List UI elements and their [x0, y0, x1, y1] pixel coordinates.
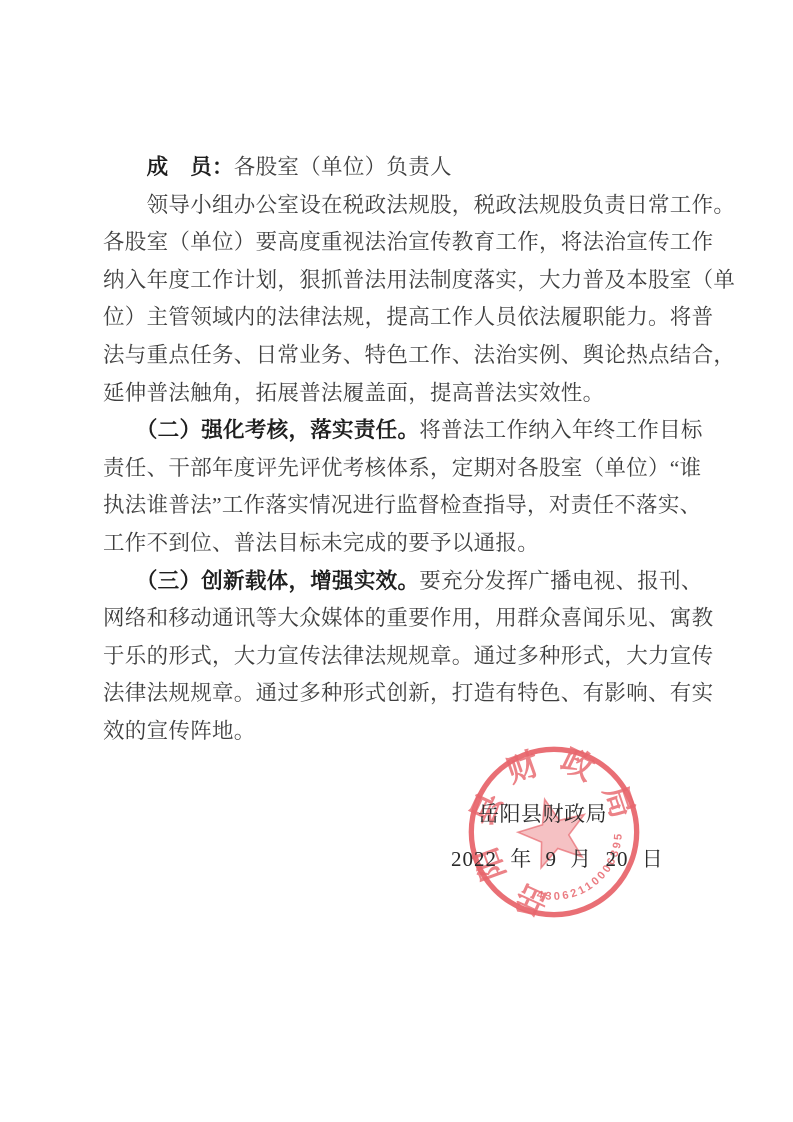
seal-serial-number: 43062110006395 — [531, 822, 642, 923]
document-line: 责任、干部年度评先评优考核体系，定期对各股室（单位）“谁 — [103, 450, 719, 488]
line-text: 位）主管领域内的法律法规，提高工作人员依法履职能力。将普 — [103, 305, 713, 329]
line-text: 法律法规规章。通过多种形式创新，打造有特色、有影响、有实 — [103, 681, 713, 705]
line-bold-text: 成 员： — [103, 155, 234, 179]
signature-org-name: 岳阳县财政局 — [478, 798, 607, 828]
document-line: 于乐的形式，大力宣传法律法规规章。通过多种形式，大力宣传 — [103, 638, 719, 676]
document-line: 效的宣传阵地。 — [103, 713, 719, 751]
line-bold-text: （三）创新载体，增强实效。 — [103, 569, 419, 593]
document-line: 法律法规规章。通过多种形式创新，打造有特色、有影响、有实 — [103, 675, 719, 713]
document-line: （三）创新载体，增强实效。要充分发挥广播电视、报刊、 — [103, 563, 719, 601]
line-text: 领导小组办公室设在税政法规股，税政法规股负责日常工作。 — [103, 193, 735, 217]
star-icon — [512, 790, 595, 871]
document-line: 成 员：各股室（单位）负责人 — [103, 149, 719, 187]
line-text: 于乐的形式，大力宣传法律法规规章。通过多种形式，大力宣传 — [103, 644, 713, 668]
document-line: （二）强化考核，落实责任。将普法工作纳入年终工作目标 — [103, 412, 719, 450]
document-line: 执法谁普法”工作落实情况进行监督检查指导，对责任不落实、 — [103, 487, 719, 525]
line-text: 效的宣传阵地。 — [103, 719, 256, 743]
document-line: 网络和移动通讯等大众媒体的重要作用，用群众喜闻乐见、寓教 — [103, 600, 719, 638]
document-line: 位）主管领域内的法律法规，提高工作人员依法履职能力。将普 — [103, 299, 719, 337]
line-text: 要充分发挥广播电视、报刊、 — [419, 569, 702, 593]
document-line: 领导小组办公室设在税政法规股，税政法规股负责日常工作。 — [103, 187, 719, 225]
seal-arc-text: 岳阳县财政局 — [448, 726, 660, 936]
line-text: 责任、干部年度评先评优考核体系，定期对各股室（单位）“谁 — [103, 456, 701, 480]
line-text: 纳入年度工作计划，狠抓普法用法制度落实，大力普及本股室（单 — [103, 268, 735, 292]
line-bold-text: （二）强化考核，落实责任。 — [103, 418, 419, 442]
document-line: 延伸普法触角，拓展普法履盖面，提高普法实效性。 — [103, 375, 719, 413]
official-seal: 岳阳县财政局 43062110006395 — [448, 726, 660, 938]
line-text: 网络和移动通讯等大众媒体的重要作用，用群众喜闻乐见、寓教 — [103, 606, 713, 630]
document-line: 纳入年度工作计划，狠抓普法用法制度落实，大力普及本股室（单 — [103, 262, 719, 300]
line-text: 延伸普法触角，拓展普法履盖面，提高普法实效性。 — [103, 381, 604, 405]
seal-border — [471, 749, 636, 914]
line-text: 法与重点任务、日常业务、特色工作、法治实例、舆论热点结合， — [103, 343, 735, 367]
document-body: 成 员：各股室（单位）负责人 领导小组办公室设在税政法规股，税政法规股负责日常工… — [103, 149, 719, 751]
line-text: 各股室（单位）负责人 — [234, 155, 452, 179]
document-line: 法与重点任务、日常业务、特色工作、法治实例、舆论热点结合， — [103, 337, 719, 375]
line-text: 将普法工作纳入年终工作目标 — [419, 418, 702, 442]
line-text: 各股室（单位）要高度重视法治宣传教育工作，将法治宣传工作 — [103, 230, 713, 254]
line-text: 工作不到位、普法目标未完成的要予以通报。 — [103, 531, 539, 555]
document-line: 各股室（单位）要高度重视法治宣传教育工作，将法治宣传工作 — [103, 224, 719, 262]
signature-date: 2022 年 9 月 20 日 — [451, 843, 664, 873]
document-page: 成 员：各股室（单位）负责人 领导小组办公室设在税政法规股，税政法规股负责日常工… — [0, 0, 793, 1122]
document-line: 工作不到位、普法目标未完成的要予以通报。 — [103, 525, 719, 563]
seal-rotated-group: 岳阳县财政局 43062110006395 — [448, 726, 660, 938]
line-text: 执法谁普法”工作落实情况进行监督检查指导，对责任不落实、 — [103, 493, 701, 517]
